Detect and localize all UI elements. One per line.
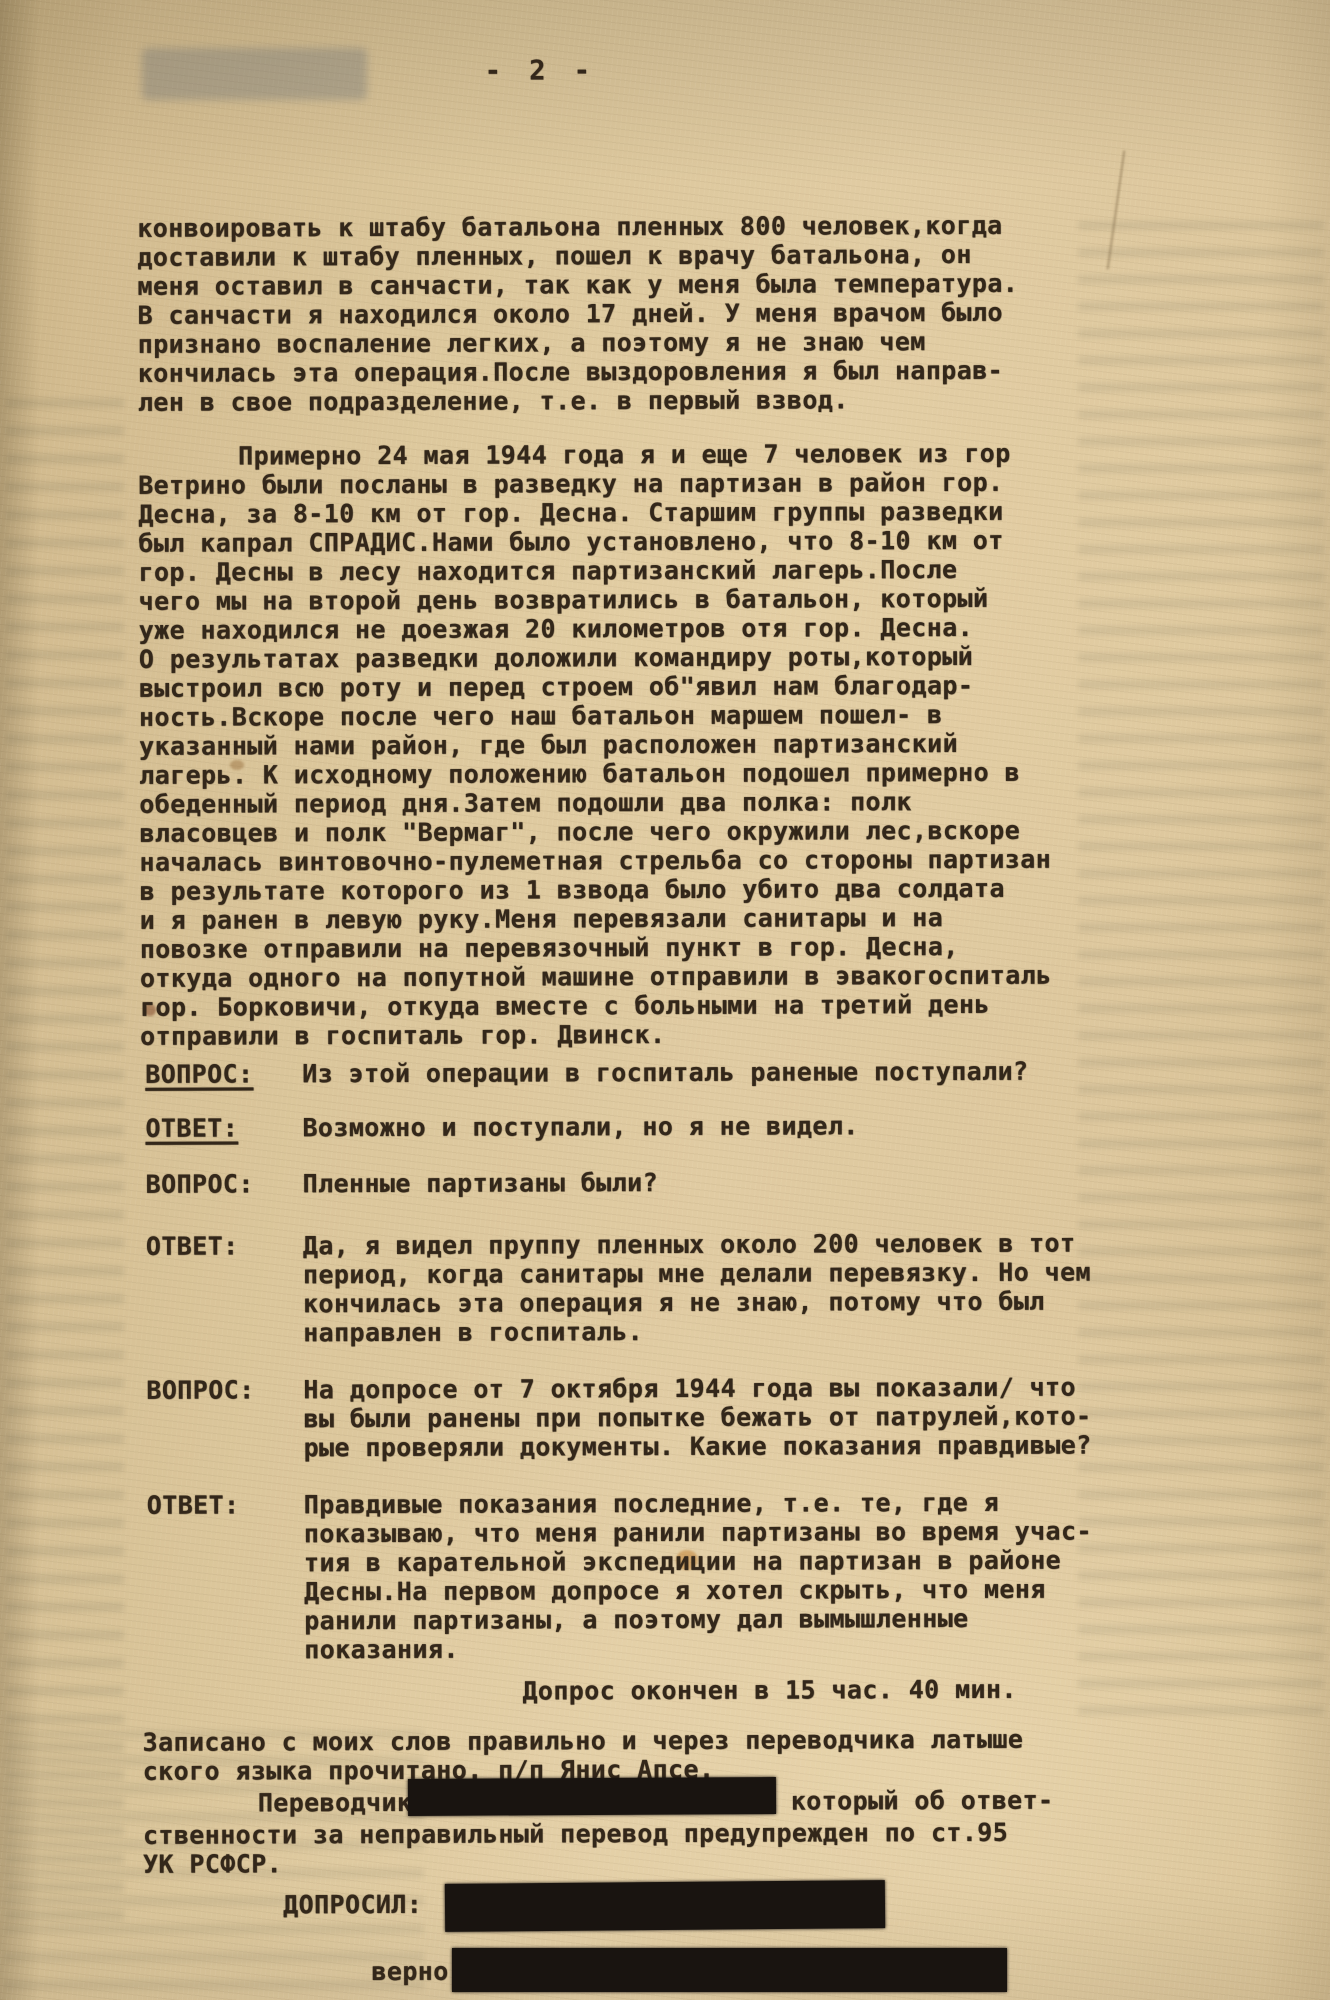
qa-row: ВОПРОС: Из этой операции в госпиталь ран… [145,1056,1205,1089]
question-text: На допросе от 7 октября 1944 года вы пок… [303,1372,1206,1462]
interrogation-end-line: Допрос окончен в 15 час. 40 мин. [522,1675,1017,1706]
question-label: ВОПРОС: [145,1059,302,1089]
qa-row: ОТВЕТ: Возможно и поступали, но я не вид… [145,1110,1205,1143]
answer-text: Правдивые показания последние, т.е. те, … [304,1487,1208,1664]
question-text: Пленные партизаны были? [303,1166,1206,1198]
answer-label: ОТВЕТ: [146,1231,303,1348]
recorded-statement: Записано с моих слов правильно и через п… [143,1724,1123,1785]
qa-row: ОТВЕТ: Правдивые показания последние, т.… [147,1487,1208,1665]
question-text: Из этой операции в госпиталь раненые пос… [302,1056,1205,1088]
paragraph-recovery: конвоировать к штабу батальона пленных 8… [137,210,1098,416]
redaction-bar-verno [452,1948,1007,1992]
question-label: ВОПРОС: [146,1375,303,1463]
liability-note: ственности за неправильный перевод преду… [143,1817,1123,1878]
answer-text: Возможно и поступали, но я не видел. [302,1110,1205,1142]
interrogator-label: ДОПРОСИЛ: [283,1890,422,1919]
answer-text: Да, я видел пруппу пленных около 200 чел… [303,1228,1206,1347]
answer-label: ОТВЕТ: [145,1113,302,1143]
qa-row: ВОПРОС: На допросе от 7 октября 1944 год… [146,1372,1206,1463]
verno-label: верно [371,1957,448,1986]
paragraph-reconnaissance: Примерно 24 мая 1944 года я и еще 7 чело… [138,438,1115,1050]
redaction-bar-translator [408,1777,776,1816]
page-number: - 2 - [485,56,596,85]
redaction-bar-interrogator [445,1880,885,1932]
answer-label: ОТВЕТ: [147,1490,305,1665]
question-label: ВОПРОС: [146,1169,303,1199]
translator-label: Переводчик [258,1788,413,1818]
qa-row: ВОПРОС: Пленные партизаны были? [146,1166,1206,1199]
translator-continuation: который об ответ- [791,1786,1054,1816]
qa-row: ОТВЕТ: Да, я видел пруппу пленных около … [146,1228,1206,1348]
